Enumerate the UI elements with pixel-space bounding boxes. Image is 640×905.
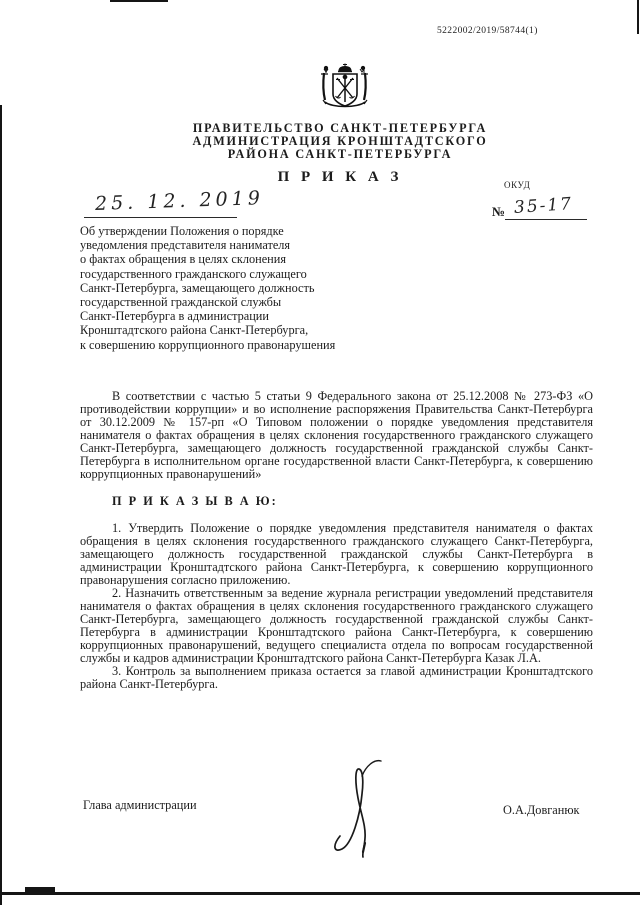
signer-position: Глава администрации <box>83 798 197 813</box>
signer-name: О.А.Довганюк <box>503 803 580 818</box>
scan-top-right-edge-line <box>637 0 639 34</box>
st-petersburg-coat-of-arms-icon <box>312 62 378 116</box>
order-item-1: 1. Утвердить Положение о порядке уведомл… <box>80 522 593 587</box>
number-underline <box>505 219 587 220</box>
scan-left-edge-line <box>0 105 2 905</box>
handwritten-signature-icon <box>326 756 402 858</box>
date-underline <box>84 217 237 218</box>
org-header: ПРАВИТЕЛЬСТВО САНКТ-ПЕТЕРБУРГААДМИНИСТРА… <box>90 122 590 162</box>
scan-bottom-edge-line <box>0 892 640 895</box>
scan-top-edge-mark <box>110 0 168 2</box>
okud-label: ОКУД <box>504 180 530 190</box>
registration-code: 5222002/2019/58744(1) <box>437 26 538 36</box>
order-item-3: 3. Контроль за выполнением приказа остае… <box>80 665 593 691</box>
number-sign: № <box>492 204 505 220</box>
order-item-2: 2. Назначить ответственным за ведение жу… <box>80 587 593 665</box>
preamble-paragraph: В соответствии с частью 5 статьи 9 Федер… <box>80 390 593 481</box>
scan-bottom-left-blob <box>25 887 55 893</box>
handwritten-number: 35-17 <box>513 194 573 218</box>
handwritten-date: 25. 12. 2019 <box>95 187 265 215</box>
document-subject: Об утверждении Положения о порядкеуведом… <box>80 224 385 352</box>
order-word: П Р И К А З Ы В А Ю: <box>80 495 593 508</box>
scanned-document-page: { "page": { "scan_code": "5222002/2019/5… <box>0 0 640 905</box>
document-body: В соответствии с частью 5 статьи 9 Федер… <box>80 390 593 691</box>
